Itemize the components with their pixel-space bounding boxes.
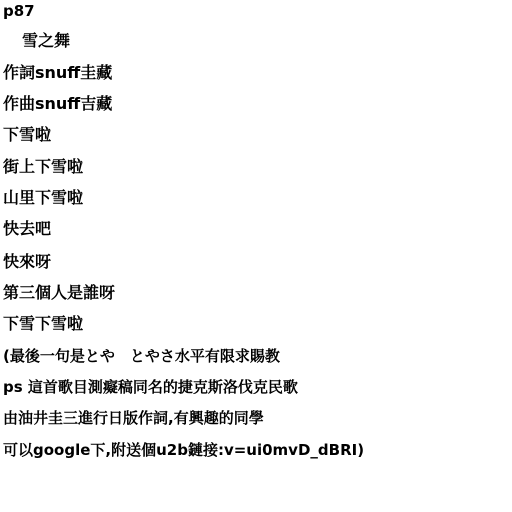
- lyric-line: 下雪下雪啦: [3, 313, 83, 335]
- note-line: (最後一句是とや とやさ水平有限求賜教: [3, 345, 280, 367]
- lyric-line: 街上下雪啦: [3, 156, 83, 178]
- note-line: ps 這首歌目測癡稿同名的捷克斯洛伐克民歌: [3, 376, 298, 398]
- lyricist-credit: 作詞snuff圭藏: [3, 62, 112, 84]
- composer-credit: 作曲snuff吉藏: [3, 93, 112, 115]
- page-number: p87: [3, 0, 35, 22]
- song-title: 雪之舞: [22, 30, 70, 52]
- note-line: 可以google下,附送個u2b鏈接:v=ui0mvD_dBRI): [3, 439, 364, 461]
- lyric-line: 第三個人是誰呀: [3, 282, 115, 304]
- lyric-line: 快去吧: [3, 218, 51, 240]
- note-line: 由油井圭三進行日版作詞,有興趣的同學: [3, 407, 264, 429]
- lyric-line: 山里下雪啦: [3, 187, 83, 209]
- lyric-line: 下雪啦: [3, 124, 51, 146]
- lyric-line: 快來呀: [3, 251, 51, 273]
